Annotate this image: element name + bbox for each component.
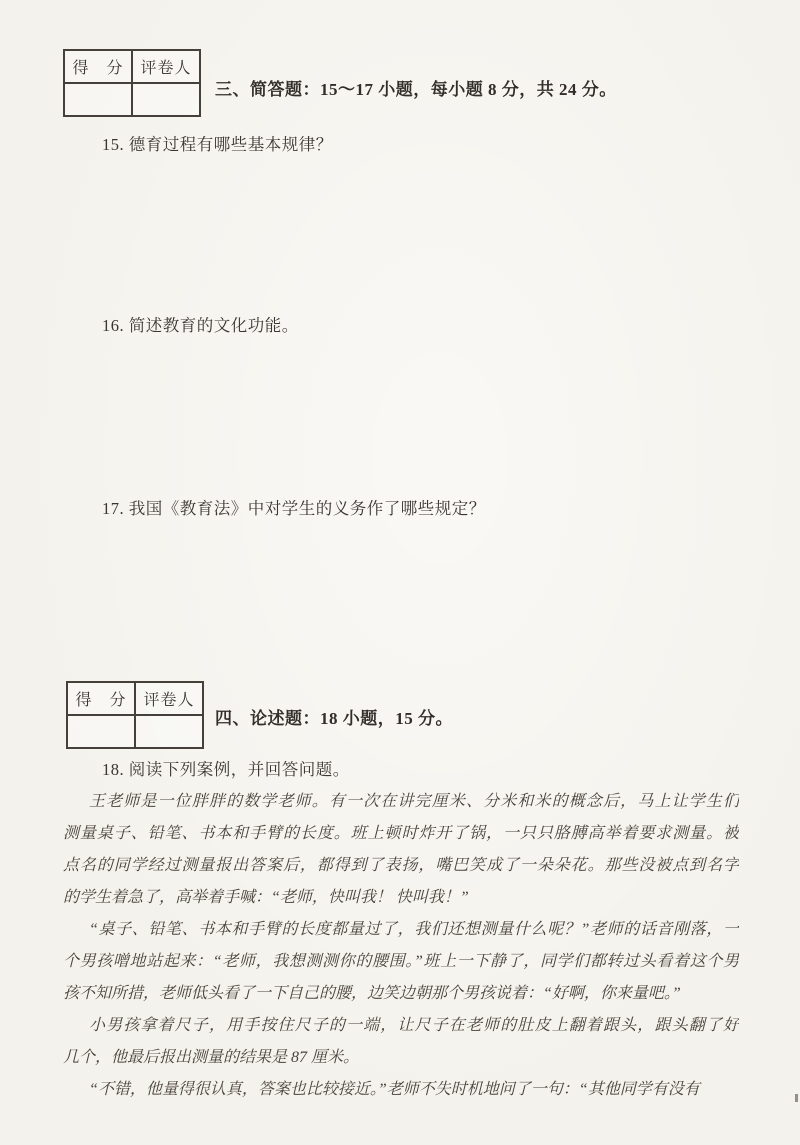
passage-line-5: “桌子、铅笔、书本和手臂的长度都量过了，我们还想测量什么呢？”老师的话音刚落，一 [63, 914, 739, 946]
score-box-value-row [65, 84, 199, 115]
score-box-header-row: 得 分 评卷人 [68, 683, 202, 716]
score-box-value-row [68, 716, 202, 747]
score-value-cell [65, 84, 133, 115]
score-value-cell [68, 716, 136, 747]
passage-line-6: 个男孩噌地站起来：“老师，我想测测你的腰围。”班上一下静了，同学们都转过头看着这… [63, 946, 739, 978]
score-box-section3: 得 分 评卷人 [63, 49, 201, 117]
scan-artifact-speck [795, 1094, 798, 1102]
grader-value-cell [133, 84, 199, 115]
score-box-section4: 得 分 评卷人 [66, 681, 204, 749]
passage-line-8: 小男孩拿着尺子，用手按住尺子的一端，让尺子在老师的肚皮上翻着跟头，跟头翻了好 [63, 1010, 739, 1042]
score-label: 得 分 [68, 683, 136, 714]
score-label: 得 分 [65, 51, 133, 82]
passage-line-7: 孩不知所措，老师低头看了一下自己的腰，边笑边朝那个男孩说着：“好啊，你来量吧。” [63, 978, 739, 1010]
question-15: 15. 德育过程有哪些基本规律？ [102, 131, 333, 155]
exam-paper-page: 得 分 评卷人 三、简答题：15～17 小题，每小题 8 分，共 24 分。 1… [0, 0, 800, 1145]
passage-line-3: 点名的同学经过测量报出答案后，都得到了表扬，嘴巴笑成了一朵朵花。那些没被点到名字 [63, 850, 739, 882]
passage-line-10: “不错，他量得很认真，答案也比较接近。”老师不失时机地问了一句：“其他同学有没有 [63, 1074, 739, 1106]
score-box-header-row: 得 分 评卷人 [65, 51, 199, 84]
grader-value-cell [136, 716, 202, 747]
section-three-heading: 三、简答题：15～17 小题，每小题 8 分，共 24 分。 [215, 75, 617, 100]
passage-line-2: 测量桌子、铅笔、书本和手臂的长度。班上顿时炸开了锅，一只只胳膊高举着要求测量。被 [63, 818, 739, 850]
case-study-passage: 王老师是一位胖胖的数学老师。有一次在讲完厘米、分米和米的概念后，马上让学生们 测… [63, 786, 739, 1106]
passage-line-1: 王老师是一位胖胖的数学老师。有一次在讲完厘米、分米和米的概念后，马上让学生们 [63, 786, 739, 818]
passage-line-4: 的学生着急了，高举着手喊：“老师，快叫我！ 快叫我！” [63, 882, 739, 914]
grader-label: 评卷人 [136, 683, 202, 714]
section-four-heading: 四、论述题：18 小题，15 分。 [215, 704, 453, 729]
passage-line-9: 几个，他最后报出测量的结果是 87 厘米。 [63, 1042, 739, 1074]
question-18: 18. 阅读下列案例，并回答问题。 [102, 756, 350, 780]
question-16: 16. 简述教育的文化功能。 [102, 312, 299, 336]
question-17: 17. 我国《教育法》中对学生的义务作了哪些规定？ [102, 495, 486, 519]
grader-label: 评卷人 [133, 51, 199, 82]
